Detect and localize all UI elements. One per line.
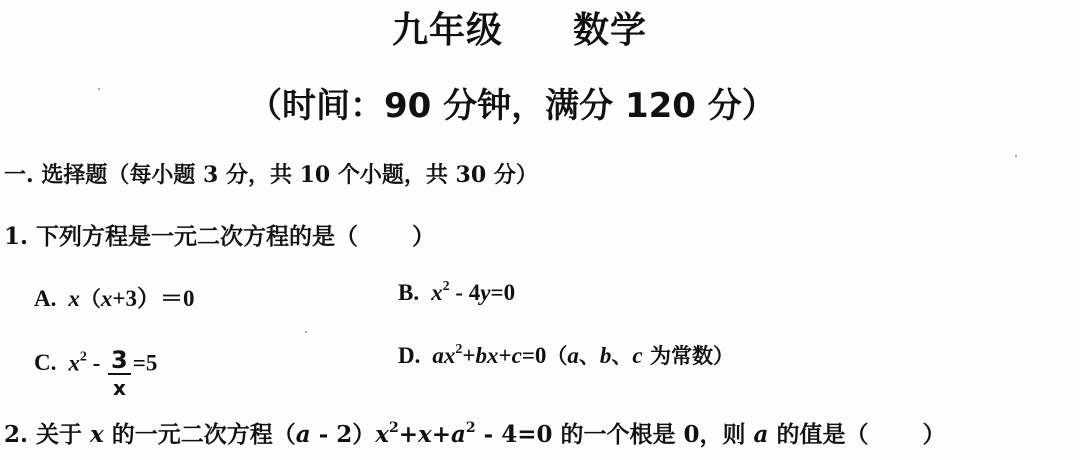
scan-speck (305, 331, 307, 333)
grade-label: 九年级 (392, 10, 503, 51)
scan-speck (1015, 155, 1017, 157)
option-label: B. (398, 280, 419, 305)
option-label: D. (398, 343, 420, 368)
subject-label: 数学 (573, 10, 647, 51)
fraction: 3x (108, 348, 131, 398)
option-d: D.ax2+bx+c=0（a、b、c 为常数） (398, 340, 734, 370)
option-label: A. (34, 286, 56, 311)
exam-page: 九年级数学 （时间：90 分钟，满分 120 分） 一. 选择题（每小题 3 分… (0, 0, 1080, 460)
question-number: 1. (4, 223, 28, 250)
scan-speck (98, 88, 100, 90)
question-1: 1. 下列方程是一元二次方程的是（） (4, 218, 435, 251)
exam-info: （时间：90 分钟，满分 120 分） (248, 78, 776, 127)
option-c: C.x2 - 3x=5 (34, 340, 157, 390)
option-label: C. (34, 350, 56, 375)
question-stem: 下列方程是一元二次方程的是（ (36, 223, 358, 250)
exam-title: 九年级数学 (392, 2, 647, 53)
option-b: B.x2 - 4y=0 (398, 280, 515, 306)
option-a: A.x（x+3）＝0 (34, 280, 194, 313)
question-number: 2. (4, 421, 28, 448)
section-heading: 一. 选择题（每小题 3 分，共 10 个小题，共 30 分） (4, 158, 538, 189)
question-2: 2. 关于 x 的一元二次方程（a - 2）x2+x+a2 - 4=0 的一个根… (4, 416, 945, 449)
